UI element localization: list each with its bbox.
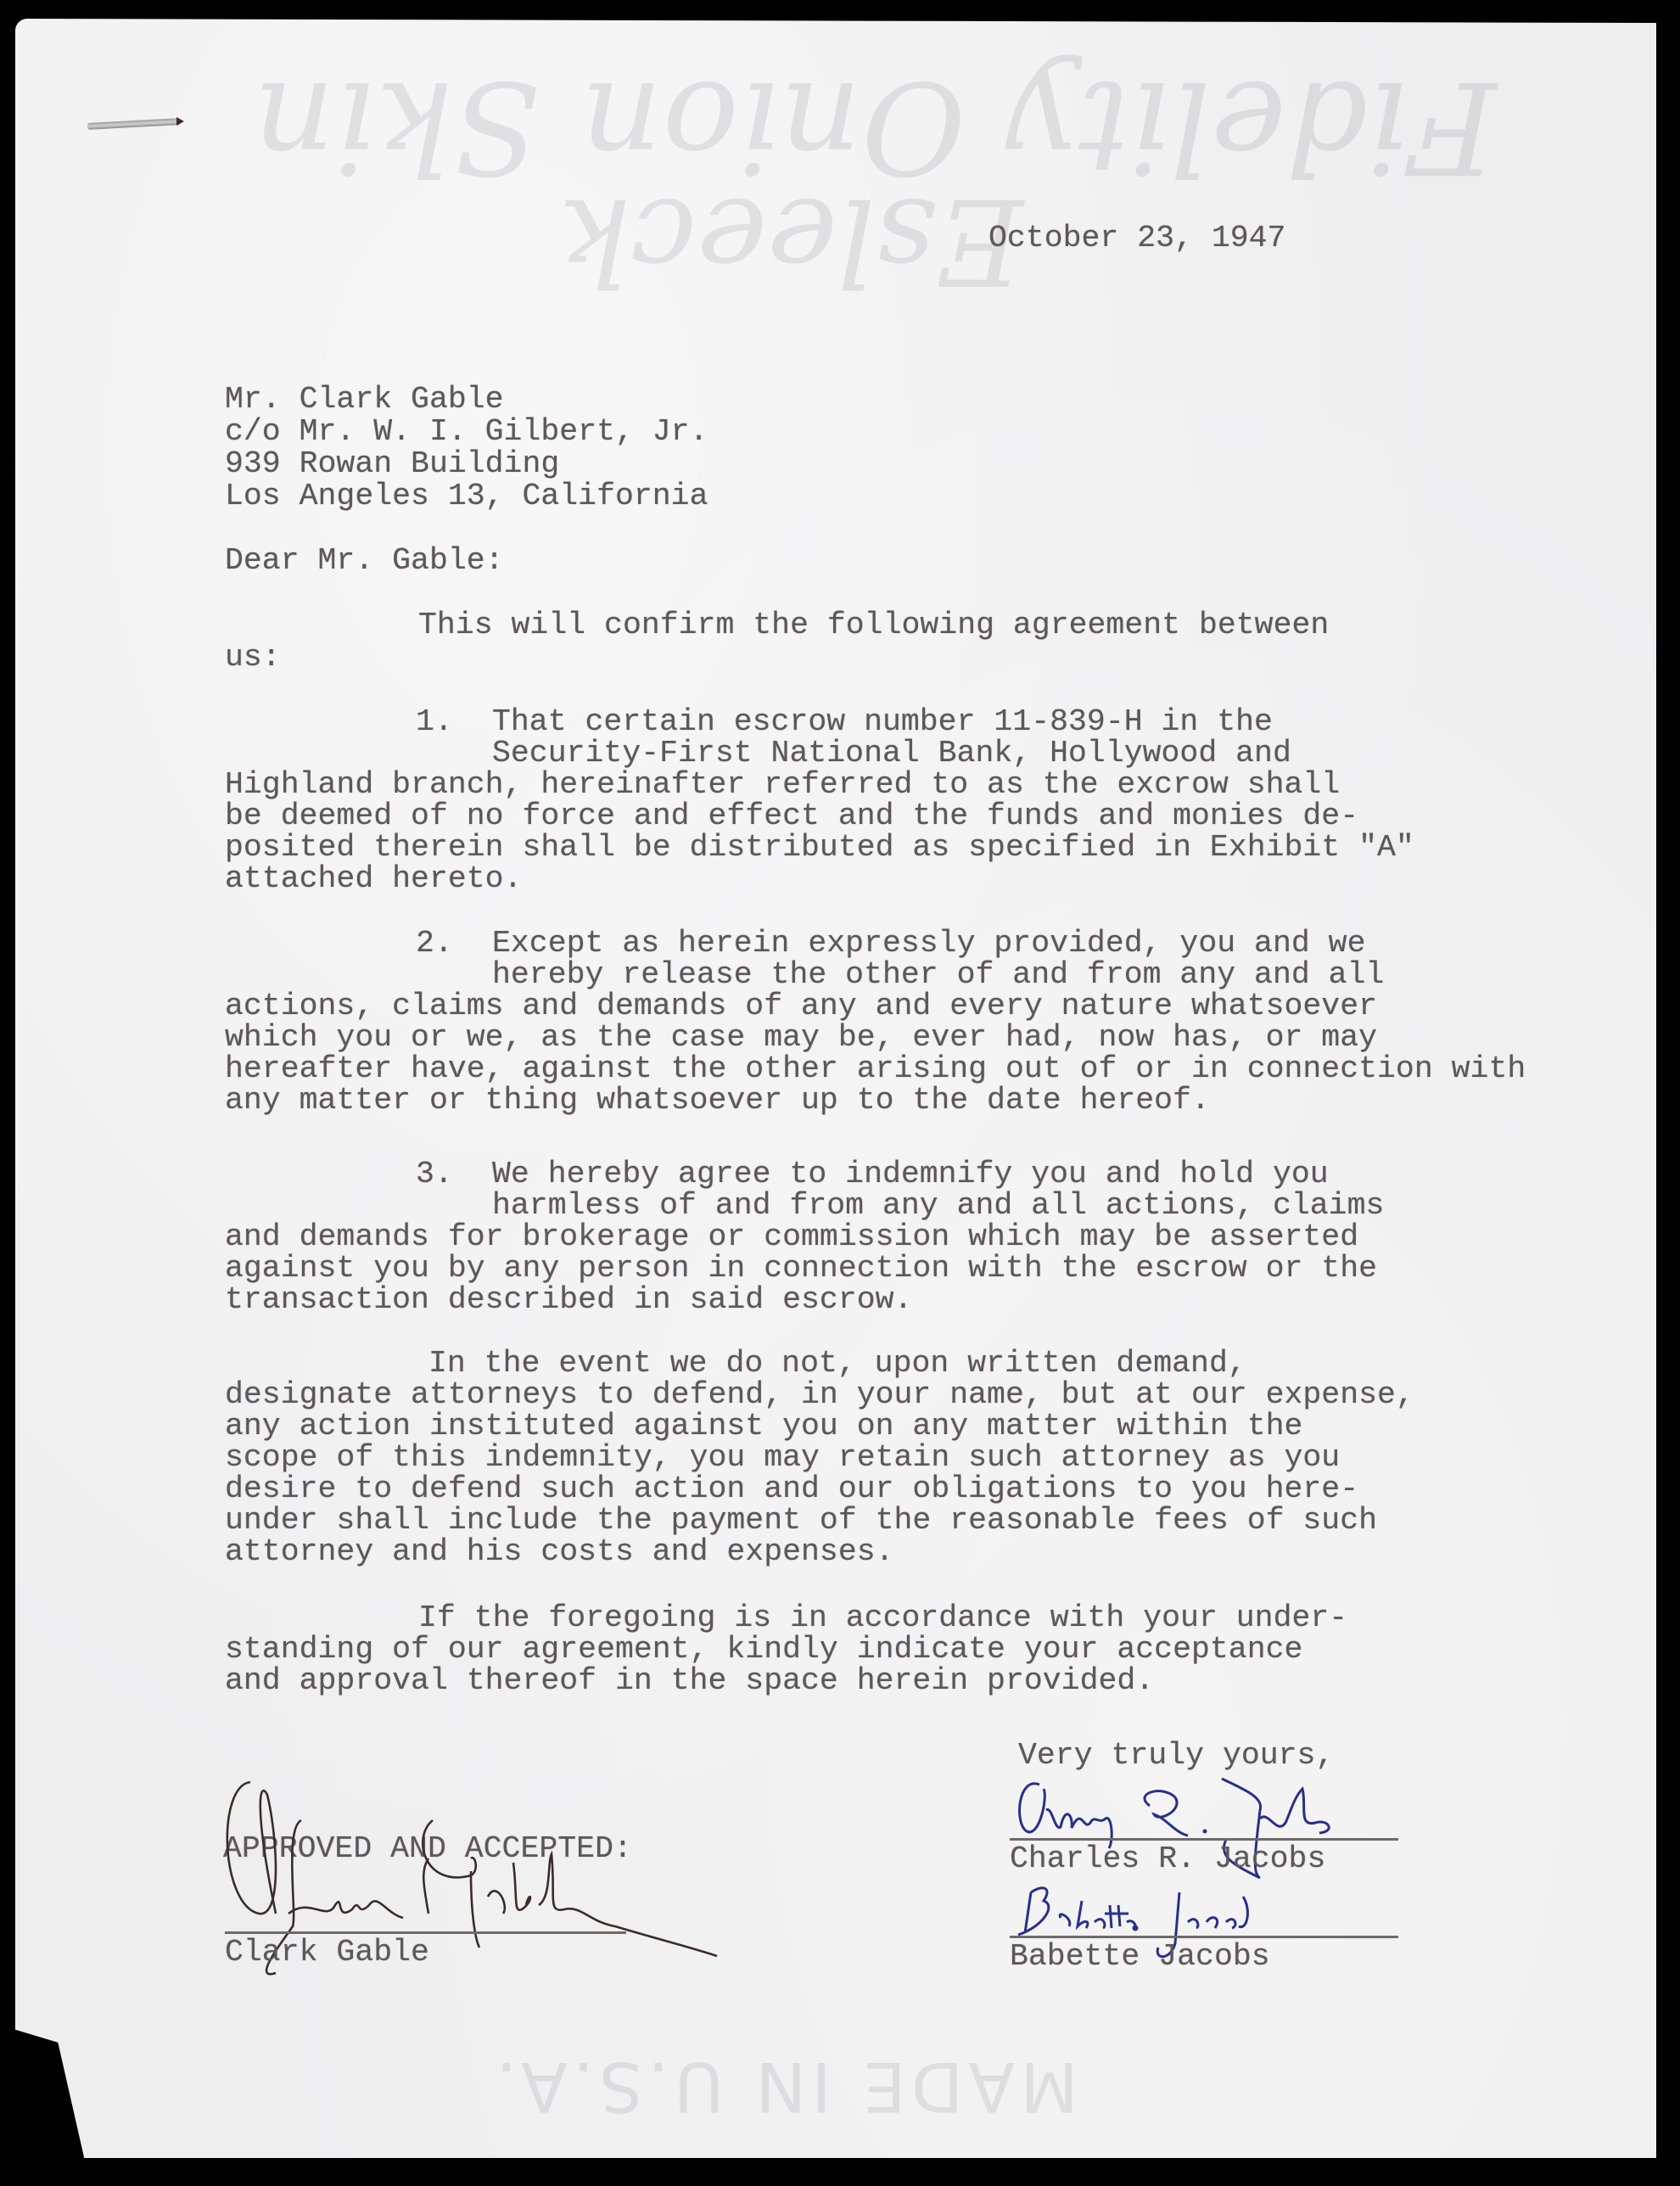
item-number: 1.	[416, 706, 453, 738]
watermark-maker: Esleeck	[558, 171, 1023, 310]
salutation: Dear Mr. Gable:	[225, 545, 504, 577]
acceptor-name: Clark Gable	[225, 1937, 429, 1969]
signature-line	[225, 1931, 626, 1934]
item-line: We hereby agree to indemnify you and hol…	[492, 1158, 1329, 1191]
paragraph-line: In the event we do not, upon written dem…	[428, 1348, 1246, 1380]
item-line: hereby release the other of and from any…	[492, 959, 1384, 991]
item-line: which you or we, as the case may be, eve…	[225, 1022, 1377, 1054]
item-number: 2.	[416, 928, 453, 960]
item-line: That certain escrow number 11-839-H in t…	[492, 706, 1273, 738]
letter-date: October 23, 1947	[988, 222, 1285, 255]
staple-tip	[176, 117, 184, 126]
paragraph-line: attorney and his costs and expenses.	[225, 1536, 894, 1568]
item-line: attached hereto.	[225, 863, 522, 895]
item-line: actions, claims and demands of any and e…	[225, 990, 1377, 1023]
item-line: against you by any person in connection …	[225, 1253, 1377, 1285]
paragraph-line: desire to defend such action and our obl…	[225, 1473, 1358, 1505]
signature-line	[1010, 1838, 1398, 1841]
paragraph-line: standing of our agreement, kindly indica…	[225, 1634, 1302, 1666]
item-line: Highland branch, hereinafter referred to…	[225, 769, 1340, 801]
item-line: hereafter have, against the other arisin…	[225, 1053, 1526, 1085]
item-line: be deemed of no force and effect and the…	[225, 800, 1358, 832]
item-number: 3.	[416, 1158, 453, 1191]
item-line: harmless of and from any and all actions…	[492, 1190, 1384, 1222]
closing: Very truly yours,	[1018, 1740, 1334, 1772]
recipient-name: Mr. Clark Gable	[225, 384, 504, 416]
watermark-origin: MADE IN U.S.A.	[490, 2047, 1078, 2126]
recipient-care-of: c/o Mr. W. I. Gilbert, Jr.	[225, 416, 708, 448]
recipient-street: 939 Rowan Building	[225, 448, 559, 480]
signature-line	[1010, 1936, 1398, 1938]
paragraph-line: any action instituted against you on any…	[225, 1410, 1302, 1443]
item-line: and demands for brokerage or commission …	[225, 1221, 1358, 1253]
paragraph-line: under shall include the payment of the r…	[225, 1505, 1377, 1537]
staple-mark	[87, 118, 181, 130]
item-line: Except as herein expressly provided, you…	[492, 928, 1365, 960]
paragraph-line: designate attorneys to defend, in your n…	[225, 1379, 1414, 1411]
signatory-name: Babette Jacobs	[1010, 1941, 1270, 1973]
item-line: any matter or thing whatsoever up to the…	[225, 1085, 1210, 1117]
paragraph-line: scope of this indemnity, you may retain …	[225, 1442, 1340, 1474]
signatory-name: Charles R. Jacobs	[1010, 1843, 1325, 1875]
paragraph-line: and approval thereof in the space herein…	[225, 1665, 1154, 1697]
intro-line: us:	[225, 642, 281, 674]
recipient-city: Los Angeles 13, California	[225, 480, 708, 513]
item-line: transaction described in said escrow.	[225, 1284, 912, 1316]
intro-line: This will confirm the following agreemen…	[418, 609, 1329, 642]
paragraph-line: If the foregoing is in accordance with y…	[418, 1602, 1347, 1634]
item-line: Security-First National Bank, Hollywood …	[492, 737, 1291, 770]
item-line: posited therein shall be distributed as …	[225, 832, 1414, 864]
